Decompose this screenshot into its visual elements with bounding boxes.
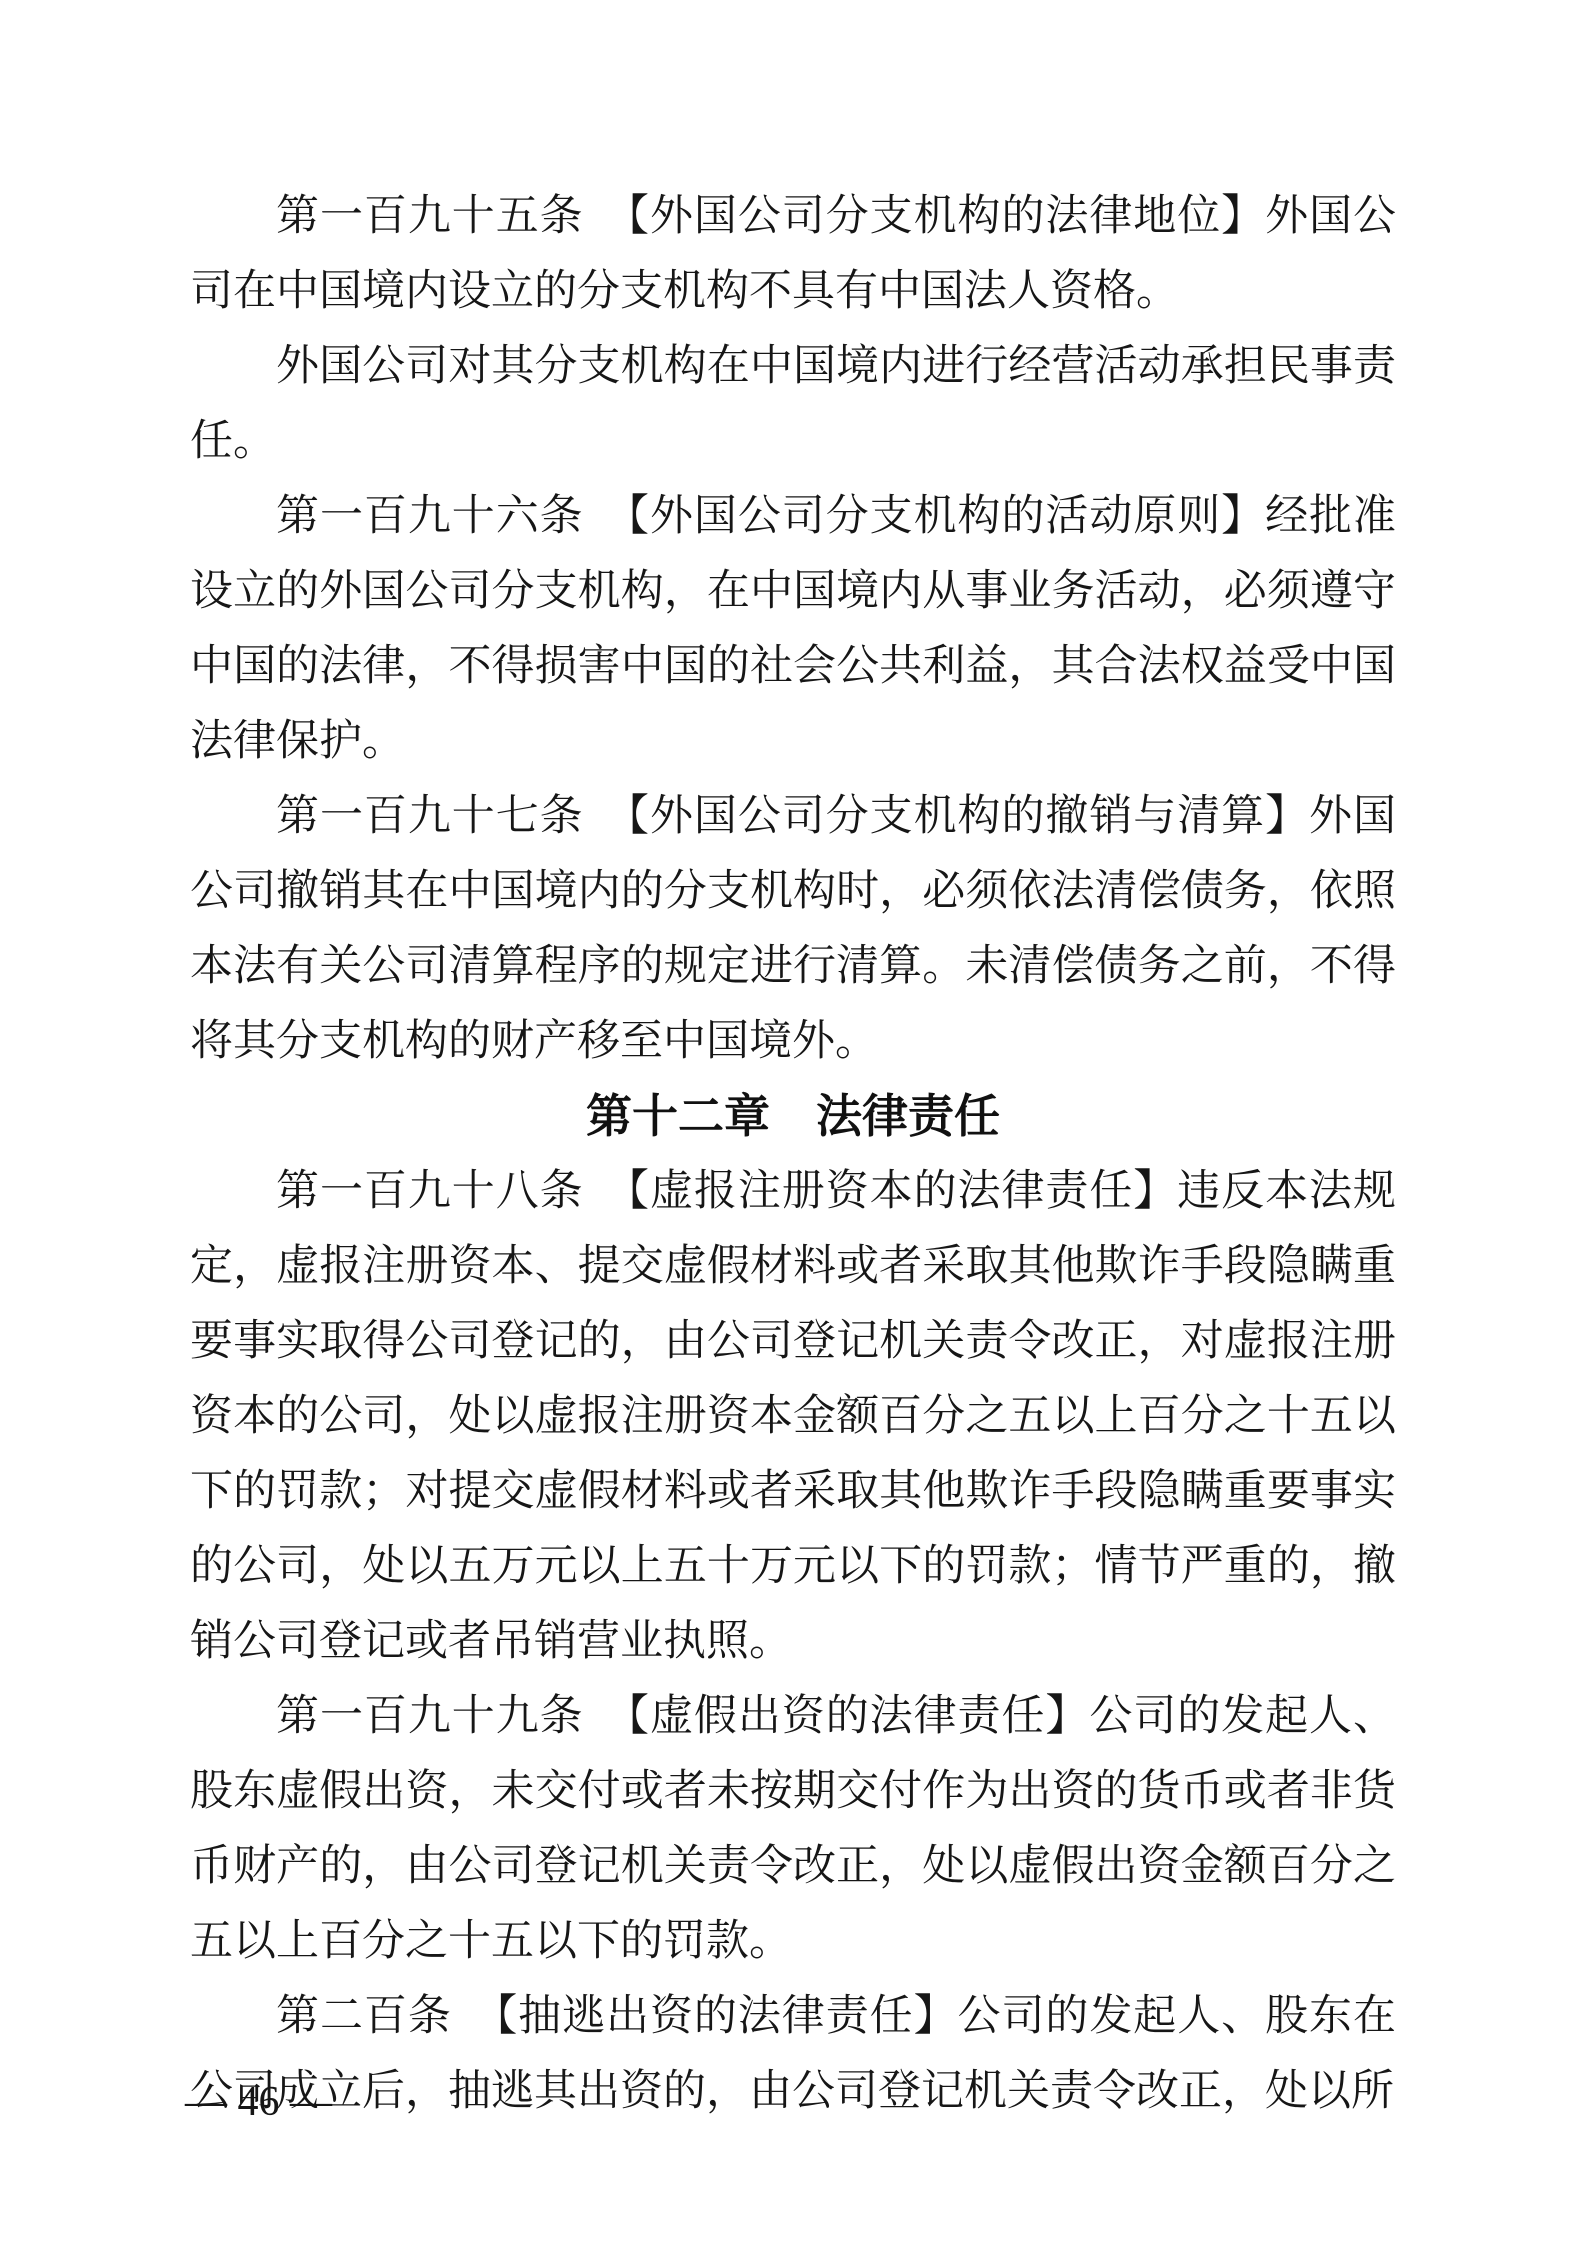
article-200-paragraph: 第二百条 【抽逃出资的法律责任】公司的发起人、股东在公司成立后，抽逃其出资的，由… (190, 1979, 1396, 2129)
page-footer: — 46 — (185, 2078, 332, 2126)
page-body: 第一百九十五条 【外国公司分支机构的法律地位】外国公司在中国境内设立的分支机构不… (190, 179, 1396, 2129)
article-197-paragraph: 第一百九十七条 【外国公司分支机构的撤销与清算】外国公司撤销其在中国境内的分支机… (190, 779, 1396, 1079)
chapter-12-heading: 第十二章 法律责任 (190, 1079, 1396, 1154)
article-195-paragraph-2: 外国公司对其分支机构在中国境内进行经营活动承担民事责任。 (190, 329, 1396, 479)
article-196-paragraph: 第一百九十六条 【外国公司分支机构的活动原则】经批准设立的外国公司分支机构，在中… (190, 479, 1396, 779)
article-195-paragraph-1: 第一百九十五条 【外国公司分支机构的法律地位】外国公司在中国境内设立的分支机构不… (190, 179, 1396, 329)
document-page: 第一百九十五条 【外国公司分支机构的法律地位】外国公司在中国境内设立的分支机构不… (0, 0, 1587, 2245)
page-number: — 46 — (185, 2079, 332, 2125)
article-198-paragraph: 第一百九十八条 【虚报注册资本的法律责任】违反本法规定，虚报注册资本、提交虚假材… (190, 1154, 1396, 1679)
article-199-paragraph: 第一百九十九条 【虚假出资的法律责任】公司的发起人、股东虚假出资，未交付或者未按… (190, 1679, 1396, 1979)
